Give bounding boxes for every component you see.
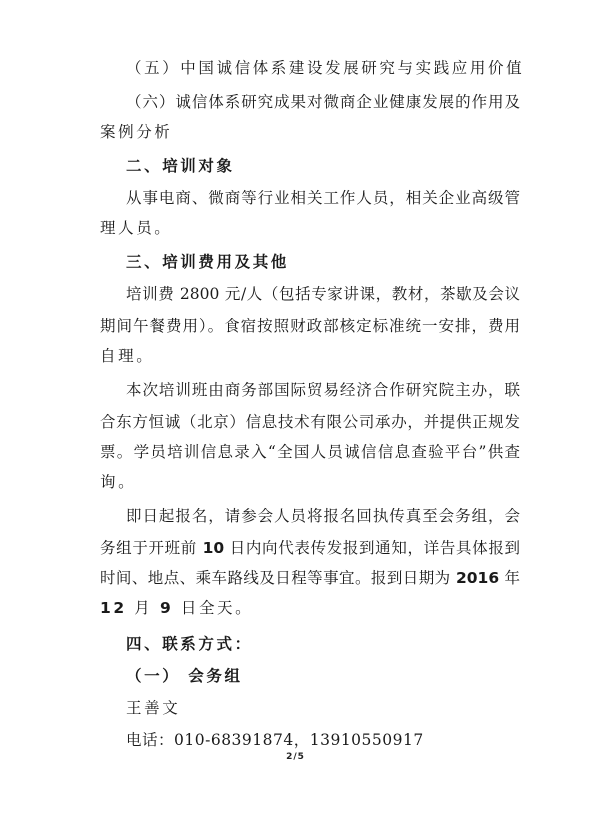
phone-label: 电话：: [126, 731, 174, 749]
section-heading-training-audience: 二、培训对象: [126, 156, 235, 176]
paragraph-audience-line1: 从事电商、微商等行业相关工作人员，相关企业高级管: [126, 188, 520, 208]
list-item-6-line1: （六）诚信体系研究成果对微商企业健康发展的作用及: [126, 92, 520, 112]
paragraph-fee-line1: 培训费 2800 元/人（包括专家讲课，教材，茶歇及会议: [126, 284, 520, 304]
days-number: 10: [203, 539, 225, 557]
day-number: 9: [160, 599, 173, 617]
page-number: 2/5: [0, 752, 591, 762]
list-item-6-line2: 案例分析: [100, 122, 172, 142]
paragraph-organizer-line2: 合东方恒诚（北京）信息技术有限公司承办，并提供正规发: [100, 412, 520, 432]
text-segment: 日全天。: [173, 599, 253, 617]
paragraph-audience-line2: 理人员。: [100, 218, 172, 238]
paragraph-register-line4: 12 月 9 日全天。: [100, 598, 253, 618]
subheading-conference-team: （一） 会务组: [126, 666, 243, 686]
paragraph-register-line3: 时间、地点、乘车路线及日程等事宜。报到日期为 2016 年: [100, 568, 520, 588]
text-segment: 时间、地点、乘车路线及日程等事宜。报到日期为: [100, 569, 456, 587]
month-number: 12: [100, 599, 127, 617]
contact-name: 王善文: [126, 698, 180, 718]
paragraph-organizer-line3: 票。学员培训信息录入“全国人员诚信信息查验平台”供查: [100, 442, 520, 462]
paragraph-register-line1: 即日起报名，请参会人员将报名回执传真至会务组，会: [126, 506, 520, 526]
paragraph-organizer-line1: 本次培训班由商务部国际贸易经济合作研究院主办，联: [126, 380, 520, 400]
text-segment: 务组于开班前: [100, 539, 203, 557]
text-segment: 日内向代表传发报到通知，详告具体报到: [224, 539, 520, 557]
document-page: （五）中国诚信体系建设发展研究与实践应用价值 （六）诚信体系研究成果对微商企业健…: [0, 0, 591, 837]
year-number: 2016: [456, 569, 499, 587]
contact-phone: 电话：010-68391874，13910550917: [126, 730, 424, 750]
section-heading-contact: 四、联系方式：: [126, 634, 253, 654]
paragraph-register-line2: 务组于开班前 10 日内向代表传发报到通知，详告具体报到: [100, 538, 520, 558]
section-heading-fees: 三、培训费用及其他: [126, 252, 289, 272]
text-segment: 年: [499, 569, 520, 587]
list-item-5: （五）中国诚信体系建设发展研究与实践应用价值: [126, 58, 524, 78]
text-segment: 月: [127, 599, 160, 617]
paragraph-fee-line3: 自理。: [100, 346, 154, 366]
paragraph-fee-line2: 期间午餐费用）。食宿按照财政部核定标准统一安排，费用: [100, 316, 520, 336]
paragraph-organizer-line4: 询。: [100, 472, 136, 492]
phone-value: 010-68391874，13910550917: [174, 731, 424, 749]
